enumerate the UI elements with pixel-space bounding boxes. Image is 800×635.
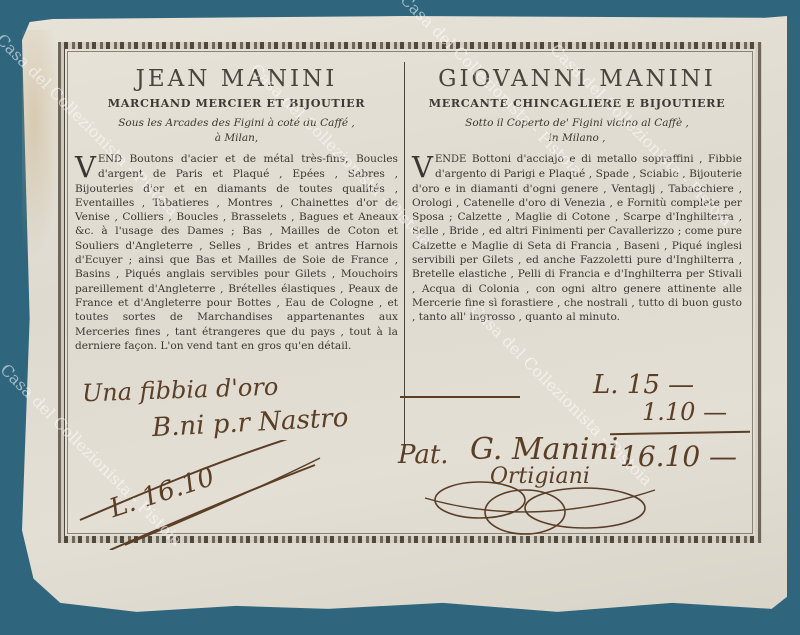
merchant-address-french: Sous les Arcades des Figini à coté du Ca… [75,116,398,146]
merchant-trade-italian: MERCANTE CHINCAGLIERE E BIJOUTIERE [412,96,742,110]
drop-cap: V [412,154,433,180]
body-text: Boutons d'acier et de métal très-fins, B… [75,153,398,352]
lead-word: ENDE [435,154,466,165]
address-line-2: à Milan, [75,131,398,146]
signature-prefix: Pat. [398,440,449,470]
goods-description-french: VEND Boutons d'acier et de métal très-fi… [75,152,398,353]
address-line-1: Sous les Arcades des Figini à coté du Ca… [75,116,398,131]
drop-cap: V [75,154,96,180]
french-column: JEAN MANINI MARCHAND MERCIER ET BIJOUTIE… [75,60,398,353]
merchant-trade-french: MARCHAND MERCIER ET BIJOUTIER [75,96,398,110]
merchant-address-italian: Sotto il Coperto de' Figini vicino al Ca… [412,116,742,146]
ruled-line [400,396,520,398]
handwritten-amount-1: L. 15 — [593,370,694,400]
handwritten-amount-2: 1.10 — [642,398,727,426]
address-line-2: in Milano , [412,131,742,146]
address-line-1: Sotto il Coperto de' Figini vicino al Ca… [412,116,742,131]
signature-flourish [420,470,660,540]
merchant-name-french: JEAN MANINI [75,66,398,92]
strike-through-strokes [70,440,330,550]
